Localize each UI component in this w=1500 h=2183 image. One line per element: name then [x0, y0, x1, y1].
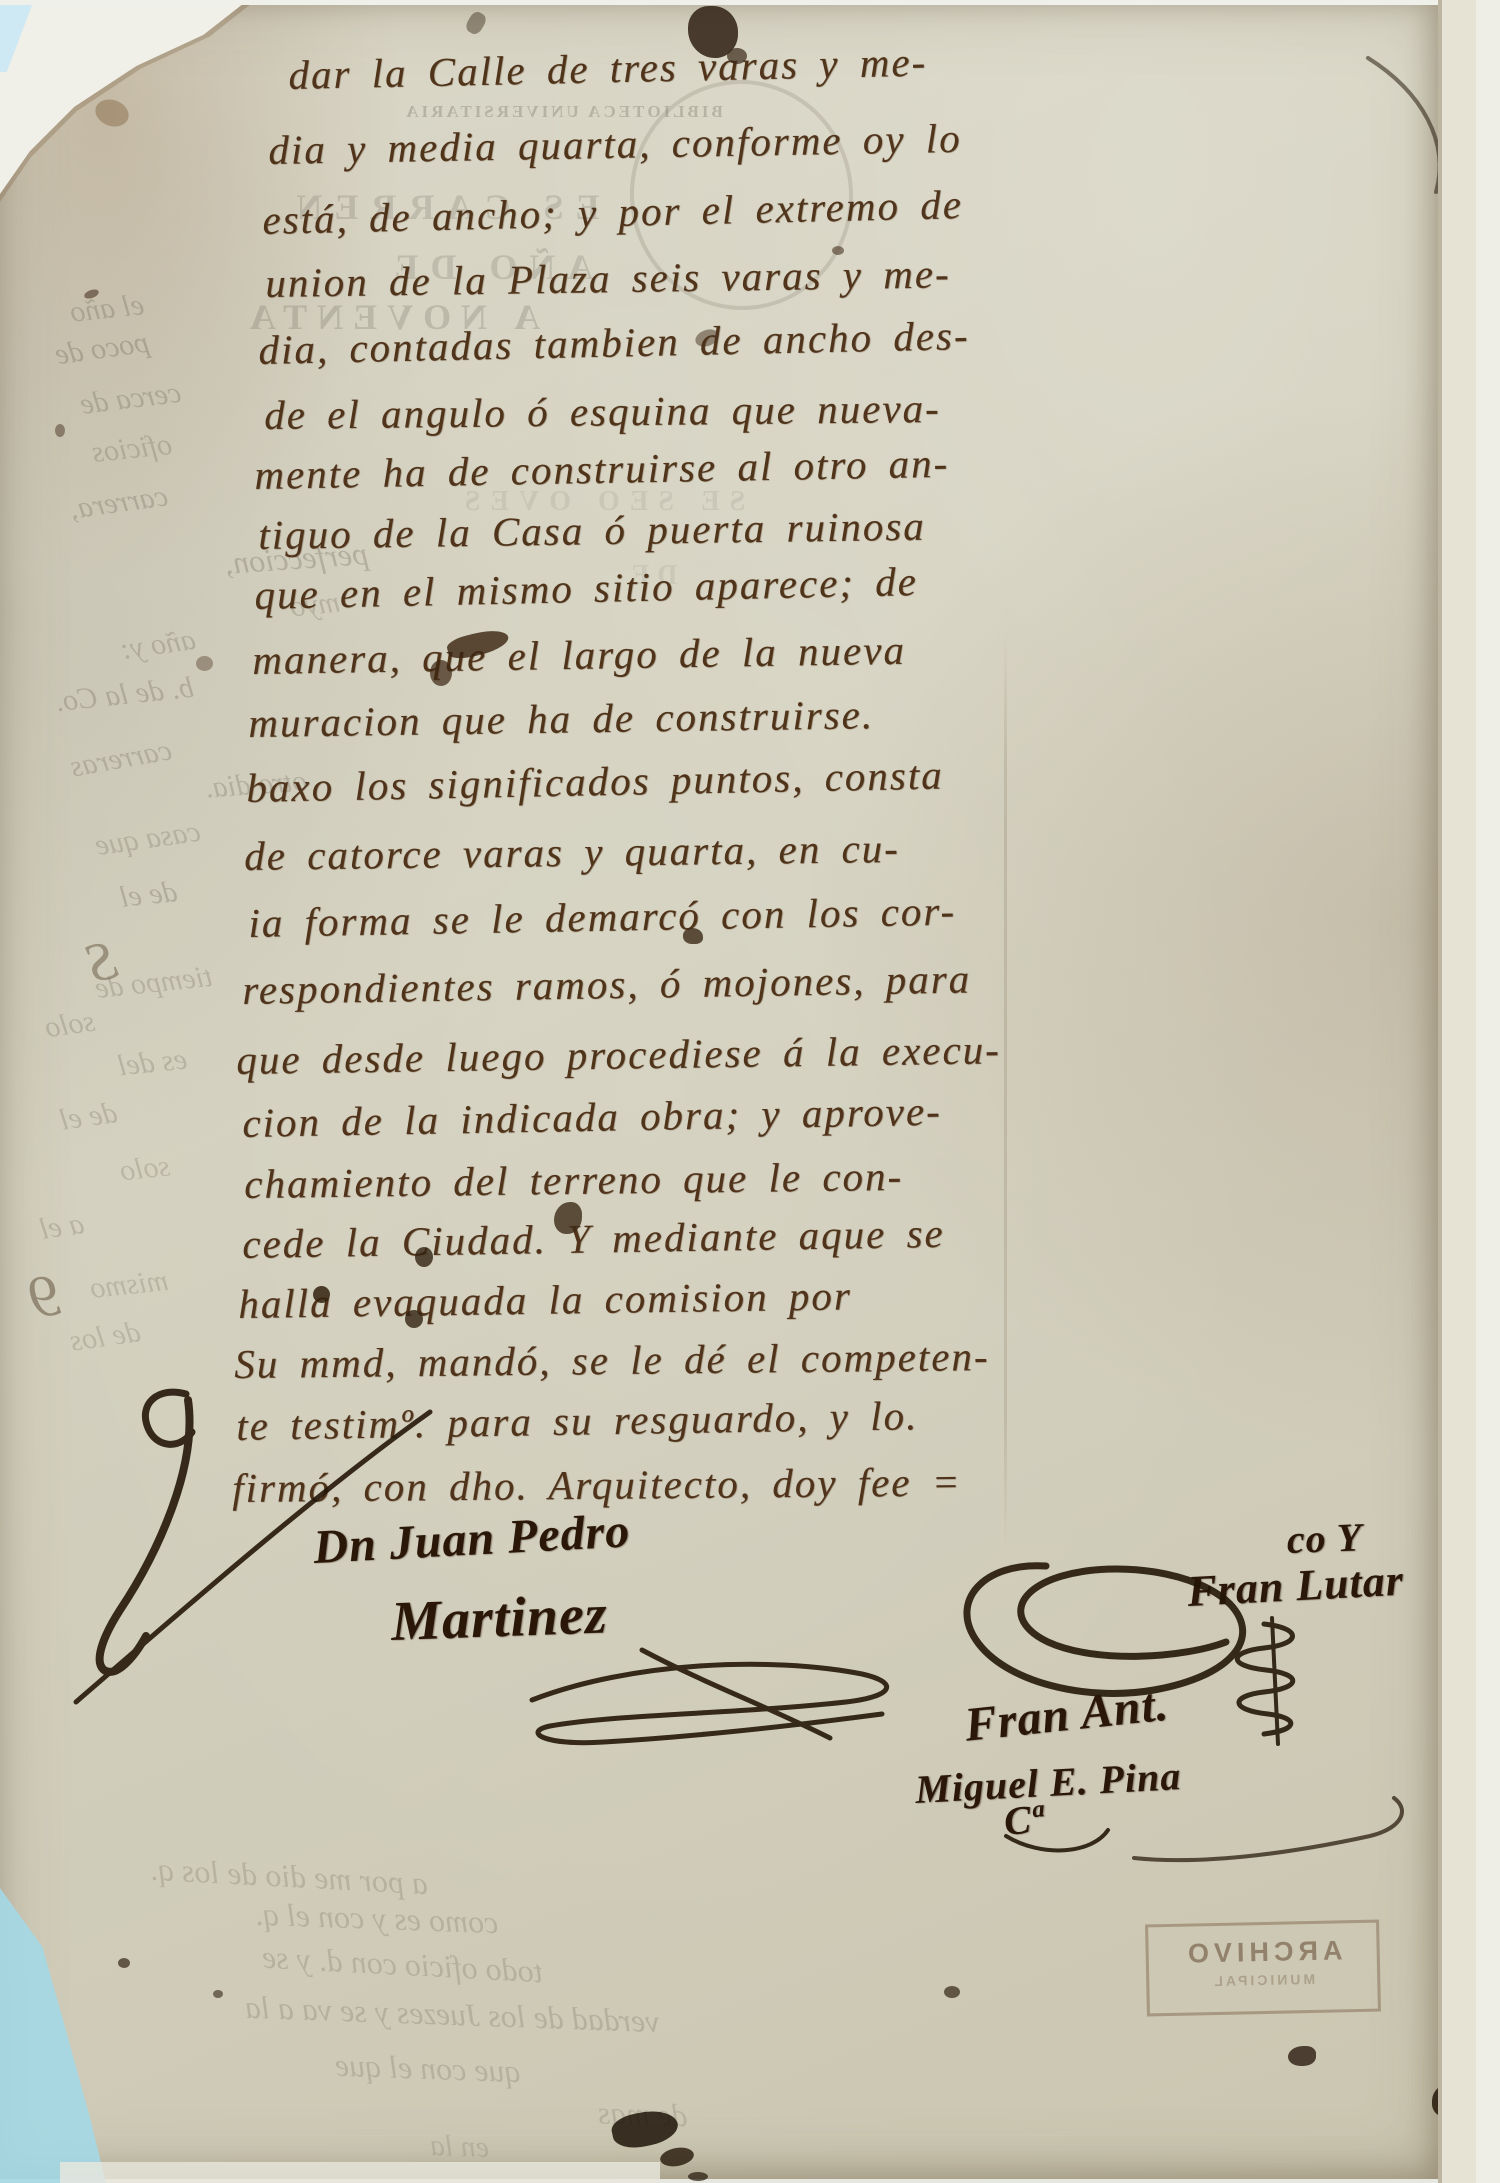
c-curl [1006, 1830, 1108, 1850]
adjacent-page-edge [1438, 0, 1500, 2183]
archive-stamp: ARCHIVO MUNICIPAL [1145, 1920, 1381, 2017]
rubric-slash [76, 1412, 430, 1702]
archive-stamp-line1: ARCHIVO [1148, 1935, 1377, 1971]
coil-rubric-stem [1272, 1618, 1278, 1744]
coil-rubric [1237, 1624, 1293, 1734]
scanned-manuscript-photo: BIBLIOTECA UNIVERSITARIAES CARRENAÑO DEA… [0, 0, 1500, 2183]
bottom-wave-stroke [1134, 1798, 1402, 1860]
scan-top-edge [0, 0, 1500, 5]
scan-bottom-edge [60, 2162, 660, 2183]
archive-stamp-line2: MUNICIPAL [1149, 1970, 1377, 1991]
right-oval-rubric [967, 1566, 1243, 1694]
martinez-rubric [532, 1664, 887, 1742]
signature-flourishes [0, 0, 1500, 2183]
top-right-pen-stroke [1368, 58, 1440, 192]
